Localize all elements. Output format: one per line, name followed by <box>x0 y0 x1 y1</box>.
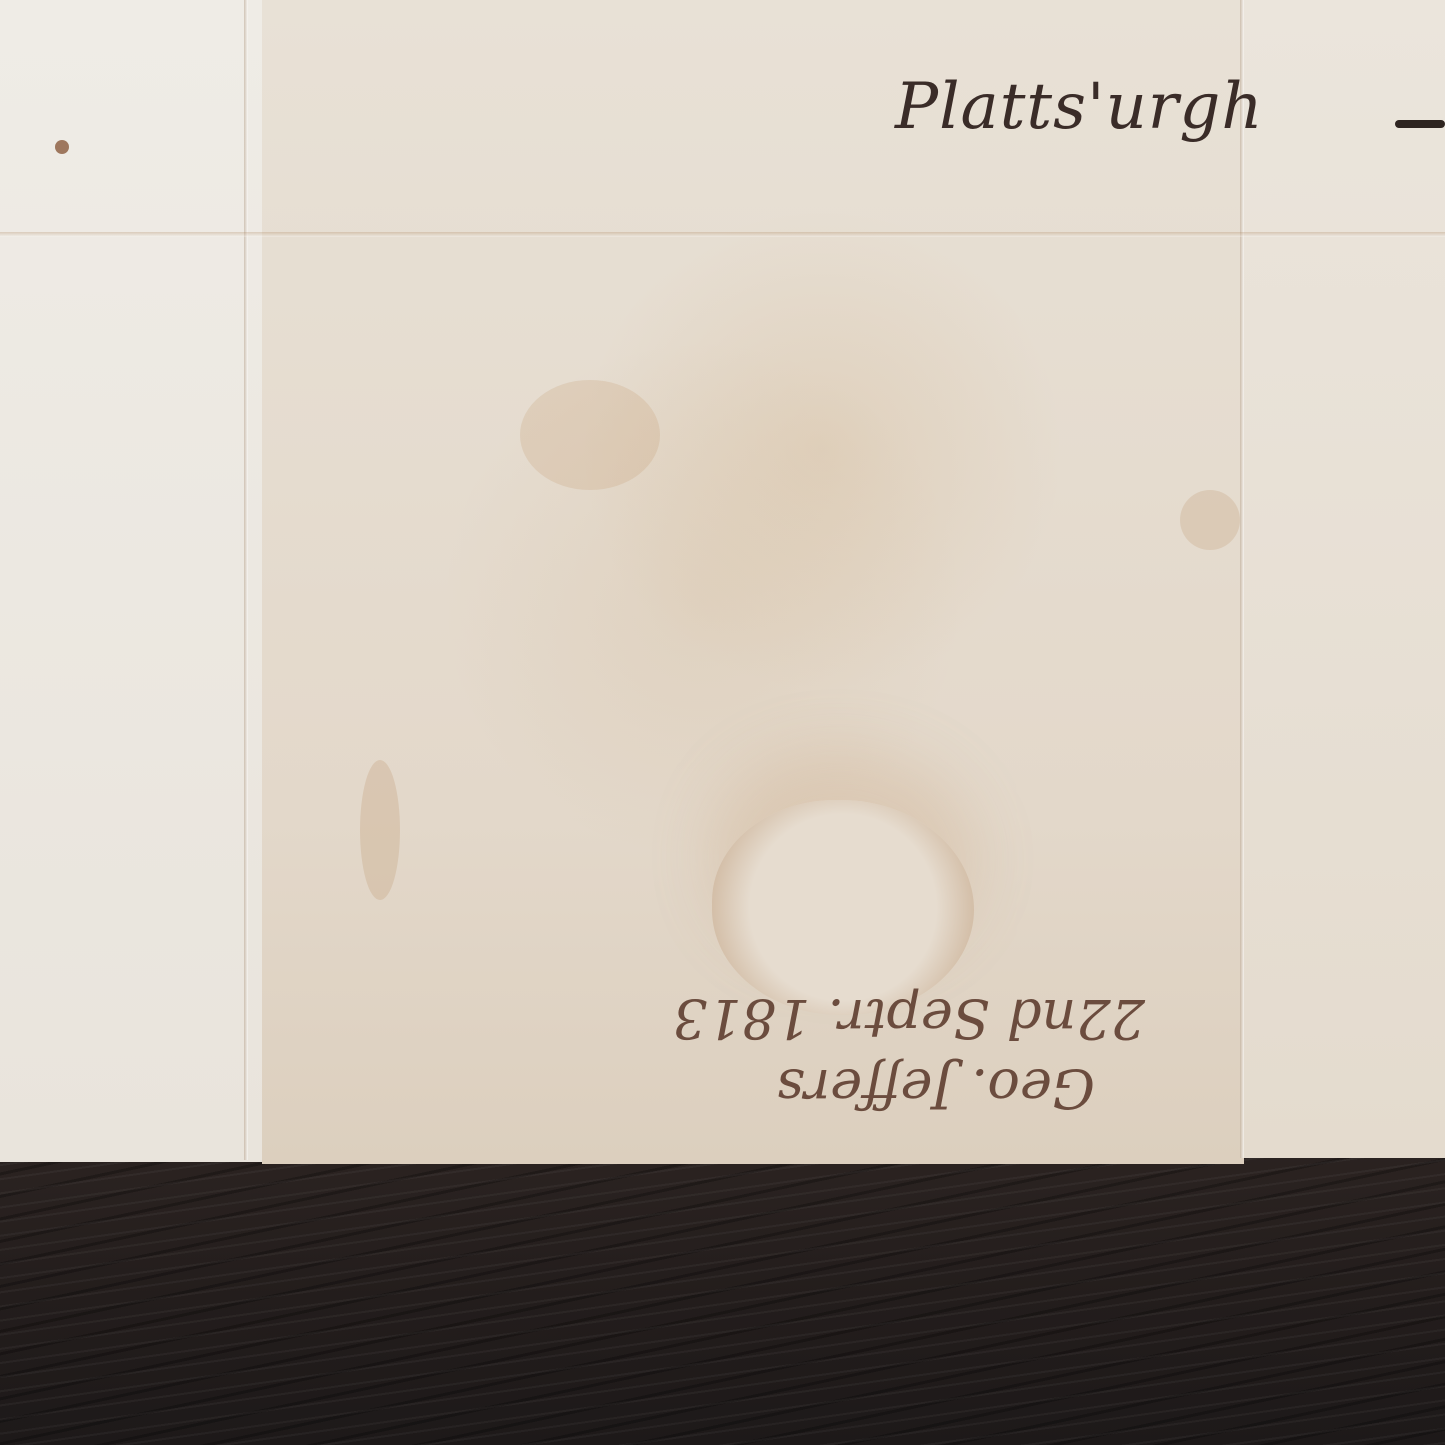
foxing-stain <box>1180 490 1240 550</box>
docket-date: 22nd Septr. 1813 <box>673 987 1145 1050</box>
wooden-table-surface <box>0 1150 1445 1445</box>
fold-line-left <box>244 0 248 1160</box>
foxing-stain <box>360 760 400 900</box>
docket-annotation: 22nd Septr. 1813 Geo. Jeffers <box>315 940 1175 1140</box>
fold-line-horizontal <box>0 232 1445 237</box>
foxing-stain <box>520 380 660 490</box>
address-text: Platts'urgh <box>895 70 1264 144</box>
letter-left-panel <box>0 0 282 1162</box>
ink-spot <box>55 140 69 154</box>
address-flourish <box>1395 120 1445 128</box>
letter-right-panel <box>1240 0 1445 1158</box>
docket-signature: Geo. Jeffers <box>777 1057 1095 1120</box>
fold-line-right <box>1240 0 1244 1158</box>
